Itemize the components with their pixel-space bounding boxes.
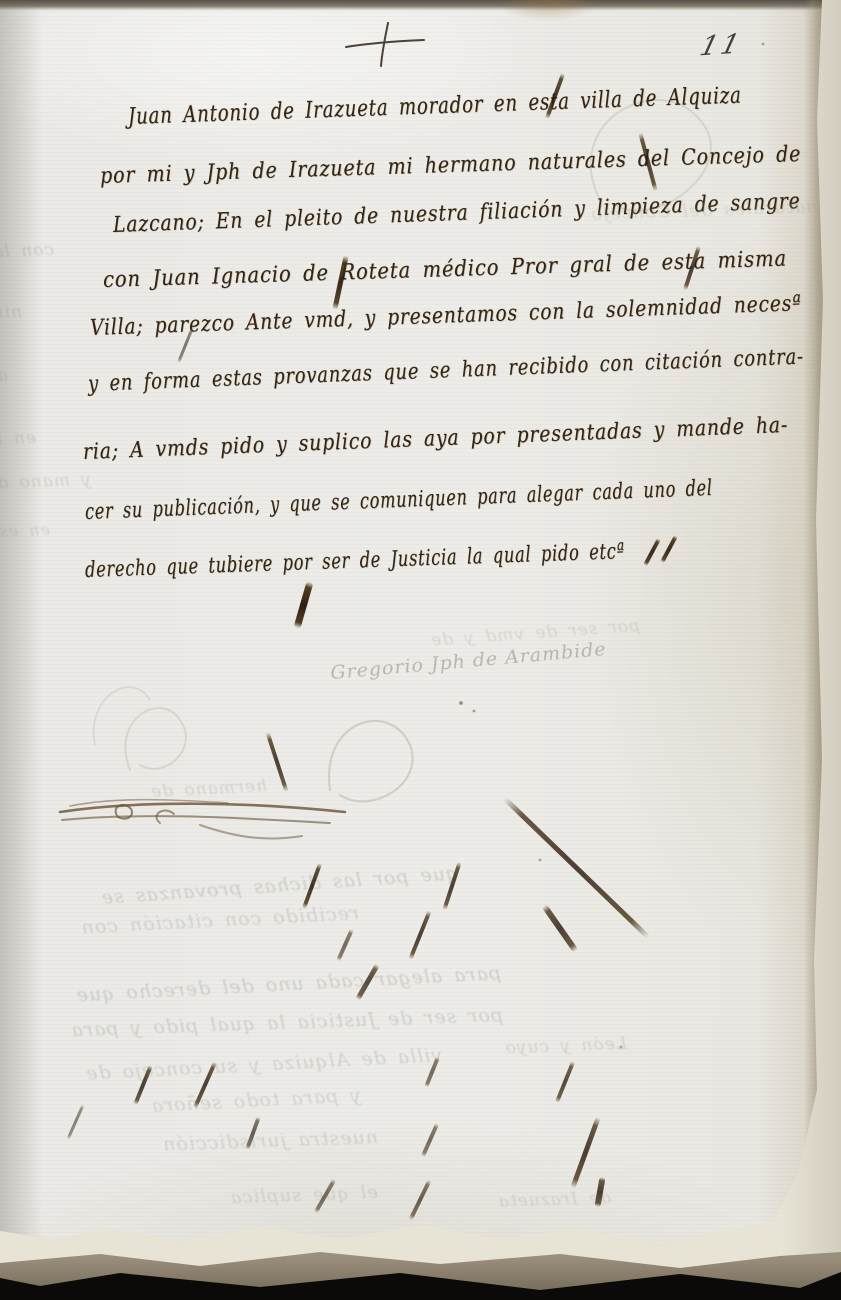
bleedthrough-line: y para todo señora	[150, 1084, 361, 1117]
handwritten-line-4: con Juan Ignacio de Roteta médico Pror g…	[103, 247, 788, 293]
pen-stroke	[555, 1061, 575, 1103]
bleedthrough-line: y mano del Sor	[0, 470, 91, 495]
pen-stroke	[408, 910, 431, 960]
pen-stroke	[643, 538, 660, 566]
bleedthrough-line: el que suplica	[229, 1182, 378, 1208]
pen-stroke	[66, 1104, 84, 1140]
invocation-cross-icon	[346, 23, 424, 66]
bleedthrough-line: nimas aun	[0, 302, 22, 326]
bleedthrough-line: para alegar cada uno del derecho que	[75, 962, 501, 1006]
handwritten-line-1: Juan Antonio de Irazueta morador en esta…	[128, 83, 743, 130]
pen-stroke	[421, 1123, 439, 1157]
manuscript-page: 11 Juan Antonio de Irazueta morador en e…	[0, 0, 841, 1300]
pen-stroke	[336, 929, 353, 961]
pen-stroke	[542, 904, 578, 952]
paper-stain	[498, 0, 598, 20]
bleedthrough-line: en esta Por	[0, 520, 50, 543]
handwritten-line-6: y en forma estas provanzas que se han re…	[88, 345, 805, 397]
bleedthrough-line: por ser de Justicia la qual pido y para	[70, 1004, 503, 1041]
bleedthrough-line: de Irazueta	[497, 1188, 611, 1212]
manuscript-scan: 11 Juan Antonio de Irazueta morador en e…	[0, 0, 841, 1300]
pen-stroke	[660, 535, 677, 563]
pen-stroke	[503, 797, 650, 939]
bleedthrough-line: nuestra jurisdicción	[162, 1126, 379, 1156]
bleedthrough-line: hermano de	[150, 776, 268, 802]
bleedthrough-line: con las ruas	[0, 240, 54, 264]
bleedthrough-line: que por las dichas provanzas se	[100, 862, 459, 909]
handwritten-line-9: derecho que tubiere por ser de Justicia …	[85, 539, 626, 583]
bleedthrough-line: villa de Alquiza y su concejo de	[85, 1044, 443, 1085]
pen-stroke	[293, 581, 313, 629]
handwritten-line-2: por mi y Jph de Irazueta mi hermano natu…	[100, 142, 802, 189]
handwritten-line-7: ria; A vmds pido y suplico las aya por p…	[83, 413, 789, 465]
bleedthrough-line: en nables	[0, 428, 36, 451]
pen-stroke	[266, 732, 289, 792]
pen-stroke	[570, 1116, 600, 1188]
folio-number: 11	[697, 29, 746, 63]
page-top-edge	[0, 0, 841, 11]
handwritten-line-8: cer su publicación, y que se comuniquen …	[85, 476, 714, 525]
pen-stroke	[409, 1179, 432, 1220]
bleedthrough-line: a pazan	[0, 365, 8, 388]
rubric-flourish	[60, 800, 345, 839]
handwritten-line-5: Villa; parezco Ante vmd, y presentamos c…	[90, 291, 803, 341]
bleedthrough-line: León y cuyo	[504, 1034, 627, 1058]
